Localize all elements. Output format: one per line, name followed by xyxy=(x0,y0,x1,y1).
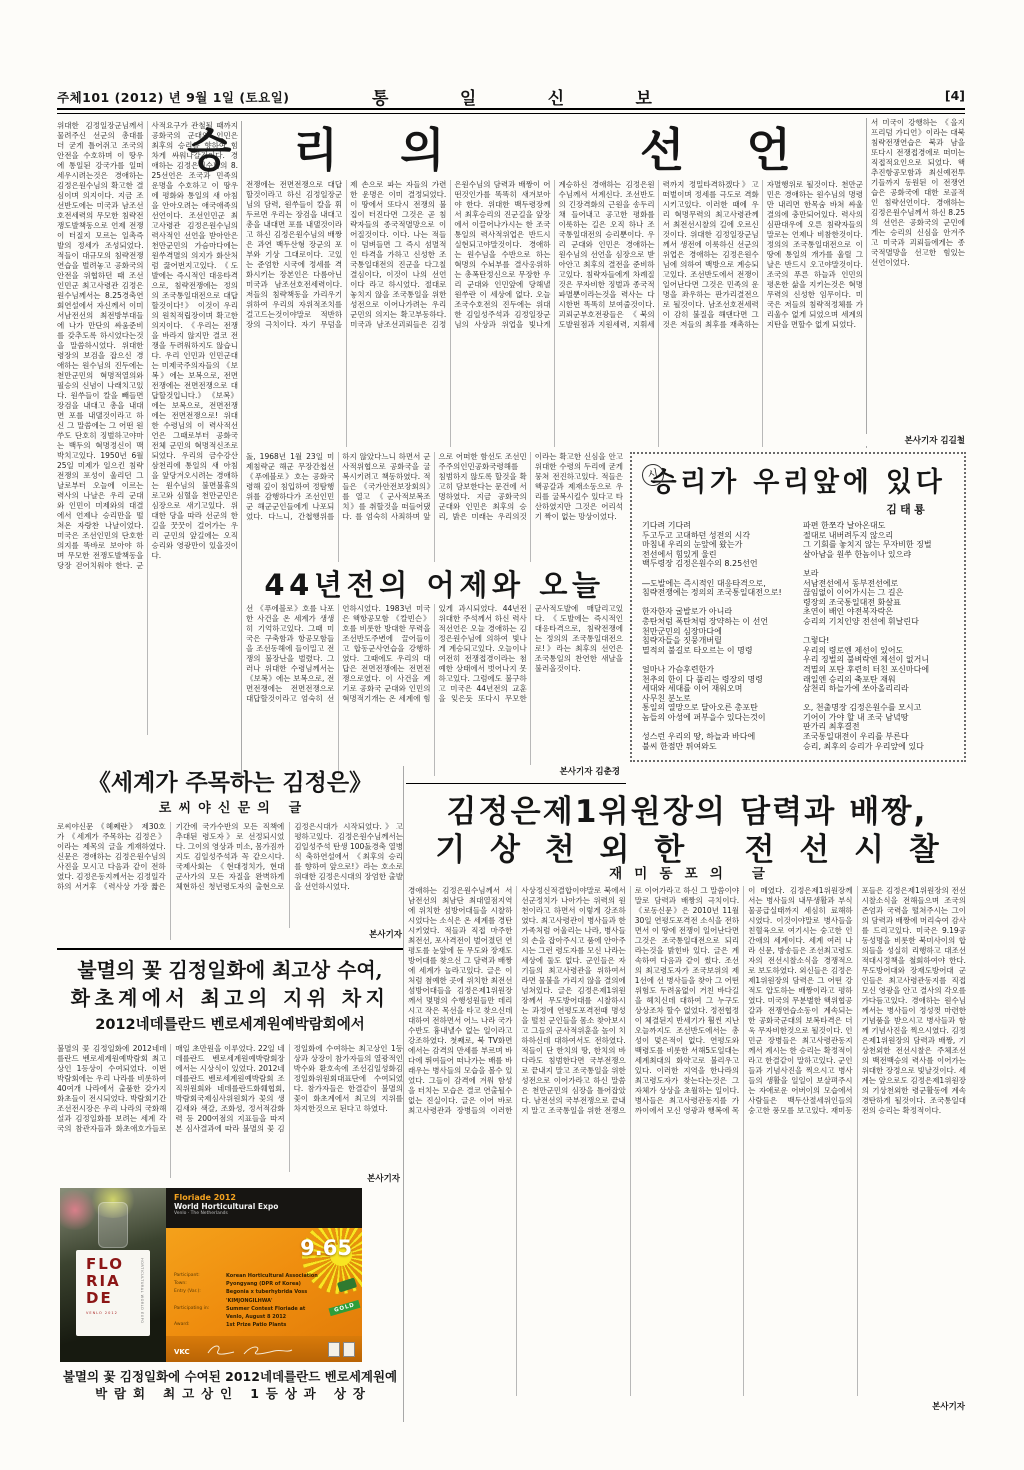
victory-right-column: 서 미국이 강행하는 《을지 프리덤 가디언》이라는 대북침략전쟁연습은 북과 … xyxy=(871,118,965,430)
glass-trophy xyxy=(98,1202,128,1248)
caption-line1: 불멸의 꽃 김정일화에 수여된 2012네데를란드 벤로세계원예 xyxy=(57,1368,403,1385)
fortyfour-body-columns: 선 《푸에블로》호를 나포한 사건을 온 세계가 생생히 기억하고있다. 그때 … xyxy=(246,604,623,776)
field-value: Summer Contest Floriade at Venlo, August… xyxy=(226,1305,324,1321)
certificate-footer: VKC xyxy=(166,1336,362,1362)
score-value: 9.65 xyxy=(300,1236,352,1260)
victory-byline: 본사기자 김길철 xyxy=(860,434,965,446)
courage-byline: 본사기자 xyxy=(800,1400,965,1412)
certificate-photo: Floriade 2012 World Horticultural Expo V… xyxy=(166,1188,362,1362)
vkc-logo: VKC xyxy=(174,1348,190,1356)
courage-body-columns: 경애하는 김정은원수님께서 서남전선의 최남단 최대열점지역에 위치한 섬방어대… xyxy=(408,886,966,1396)
headline-flower-line1: 불멸의 꽃 김정일화에 최고상 수여, xyxy=(57,954,403,983)
field-label: Award: xyxy=(174,1321,226,1329)
victory-top-columns: 전쟁에는 전면전쟁으로 대답할것이라고 하신 김정일장군님의 담력, 원쑤들이 … xyxy=(246,180,863,447)
column-divider xyxy=(241,121,242,783)
flower-body-columns: 불멸의 꽃 김정일화에 2012네데를란드 벤로세계원예박람회 최고상인 1등상… xyxy=(57,1044,403,1178)
world-body-columns: 로씨야신문 《혜쩨란》 제30호가 《세계가 주목하는 김정은》이라는 제목의 … xyxy=(57,822,403,940)
poem-title: 승리가 우리앞에 있다 xyxy=(642,460,954,499)
expo-location: Venlo · The Netherlands xyxy=(174,1211,354,1216)
photo-caption: 불멸의 꽃 김정일화에 수여된 2012네데를란드 벤로세계원예 박람회 최고상… xyxy=(57,1368,403,1402)
poem-left-column: 기다려 기다려 두고두고 고대하던 성전의 시각 마침내 우리의 눈앞에 왔는가… xyxy=(642,521,793,751)
caption-line2: 박람회 최고상인 1등상과 상장 xyxy=(57,1385,403,1402)
subtitle-world: 로씨야신문의 글 xyxy=(57,797,403,816)
masthead-title: 통일신보 xyxy=(0,84,1024,109)
stamp-icon xyxy=(328,1342,340,1357)
headline-flower-line2: 화초계에서 최고의 지위 차지 xyxy=(57,982,403,1011)
headline-fortyfour: 44년전의 어제와 오늘 xyxy=(246,563,623,604)
victory-left-columns: 위대한 김정일장군님께서 물려주신 선군의 총대를 더 굳게 틀어쥐고 조국의 … xyxy=(57,121,238,735)
poem-author: 김태룡 xyxy=(642,501,928,517)
subtitle-flower: 2012네데를란드 벤로세계원예박람회에서 xyxy=(57,1013,403,1034)
stamp-icon xyxy=(343,1342,355,1357)
poem-right-column: 파편 한쪼각 날아온대도 절대로 내버려두지 않으리 그 기회를 놓치지 않는 … xyxy=(803,521,954,751)
headline-victory: 승리의 선언 xyxy=(140,114,900,174)
expo-title: Floriade 2012 xyxy=(174,1193,354,1202)
column-divider xyxy=(403,766,404,1422)
field-label: Participant: xyxy=(174,1272,226,1280)
fortyfour-byline: 본사기자 김춘경 xyxy=(455,765,620,777)
floriade-side-text: HORTICULTURAL WORLD EXPO xyxy=(140,1258,144,1324)
field-value: 1st Prize Patio Plants xyxy=(226,1321,324,1329)
field-value: Korean Horticultural Association xyxy=(226,1272,324,1280)
subtitle-courage: 재미동포의 글 xyxy=(408,862,966,882)
field-value: Pyongyang (DPR of Korea) xyxy=(226,1280,324,1288)
poem-box: 시 승리가 우리앞에 있다 김태룡 기다려 기다려 두고두고 고대하던 성전의 … xyxy=(630,452,966,762)
column-divider xyxy=(866,118,867,448)
section-rule xyxy=(57,948,403,950)
field-label: Entry (Var.): xyxy=(174,1288,226,1304)
certificate-fields: Participant:Korean Horticultural Associa… xyxy=(174,1272,324,1329)
field-value: Begonia x tuberhybrida Voss 'KIMJONGILHW… xyxy=(226,1288,324,1304)
certificate-header: Floriade 2012 World Horticultural Expo V… xyxy=(166,1188,362,1228)
newspaper-page: 주체101 (2012) 년 9월 1일 (토요일) 통일신보 [4] 승리의 … xyxy=(0,0,1024,1470)
page-number: [4] xyxy=(905,88,965,103)
field-label: Participating in: xyxy=(174,1305,226,1321)
floriade-award-card: FLO RIA DE HORTICULTURAL WORLD EXPO VENL… xyxy=(76,1250,150,1336)
section-rule xyxy=(406,783,626,784)
signature-icon xyxy=(204,1341,314,1359)
fortyfour-pre-columns: 돐, 1968년 1월 23일 미제침략군 해군 무장간첩선 《푸에블로》호는 … xyxy=(246,452,623,562)
field-label: Town: xyxy=(174,1280,226,1288)
expo-subtitle: World Horticultural Expo xyxy=(174,1202,354,1211)
award-photo: FLO RIA DE HORTICULTURAL WORLD EXPO VENL… xyxy=(60,1188,362,1362)
world-byline: 본사기자 xyxy=(252,928,402,940)
flower-byline: 본사기자 xyxy=(250,1172,400,1184)
trophy-photo: FLO RIA DE HORTICULTURAL WORLD EXPO VENL… xyxy=(60,1188,166,1362)
headline-world: 《세계가 주목하는 김정은》 xyxy=(57,764,403,797)
gold-tag: GOLD xyxy=(328,1300,360,1316)
